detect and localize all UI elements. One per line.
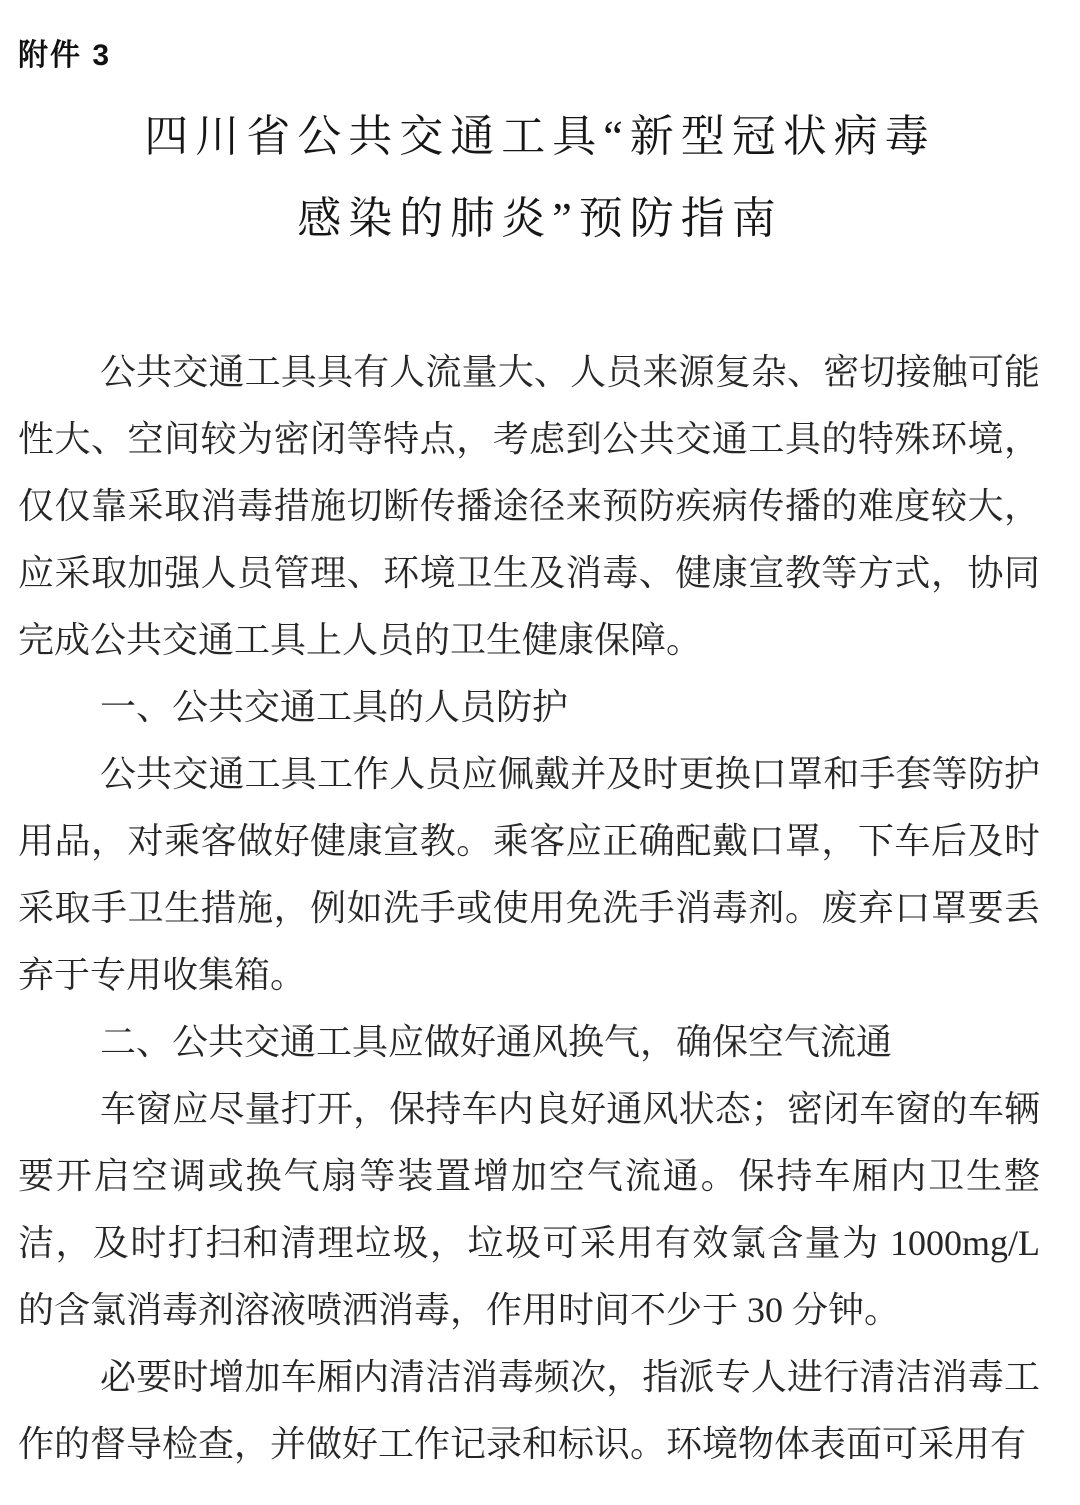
paragraph-section-2: 车窗应尽量打开，保持车内良好通风状态；密闭车窗的车辆要开启空调或换气扇等装置增加… [18,1076,1040,1344]
paragraph-section-1: 公共交通工具工作人员应佩戴并及时更换口罩和手套等防护用品，对乘客做好健康宣教。乘… [18,741,1040,1009]
document-body: 公共交通工具具有人流量大、人员来源复杂、密切接触可能性大、空间较为密闭等特点，考… [18,339,1040,1478]
document-page: 附件 3 四川省公共交通工具“新型冠状病毒 感染的肺炎”预防指南 公共交通工具具… [0,0,1080,1505]
attachment-label: 附件 3 [18,30,111,74]
document-title-line-2: 感染的肺炎”预防指南 [0,178,1080,260]
document-title: 四川省公共交通工具“新型冠状病毒 感染的肺炎”预防指南 [0,96,1080,260]
document-title-line-1: 四川省公共交通工具“新型冠状病毒 [0,96,1080,178]
section-heading-1: 一、公共交通工具的人员防护 [18,674,1040,741]
paragraph-intro: 公共交通工具具有人流量大、人员来源复杂、密切接触可能性大、空间较为密闭等特点，考… [18,339,1040,674]
section-heading-2: 二、公共交通工具应做好通风换气，确保空气流通 [18,1009,1040,1076]
paragraph-section-2-continued: 必要时增加车厢内清洁消毒频次，指派专人进行清洁消毒工作的督导检查，并做好工作记录… [18,1344,1040,1478]
